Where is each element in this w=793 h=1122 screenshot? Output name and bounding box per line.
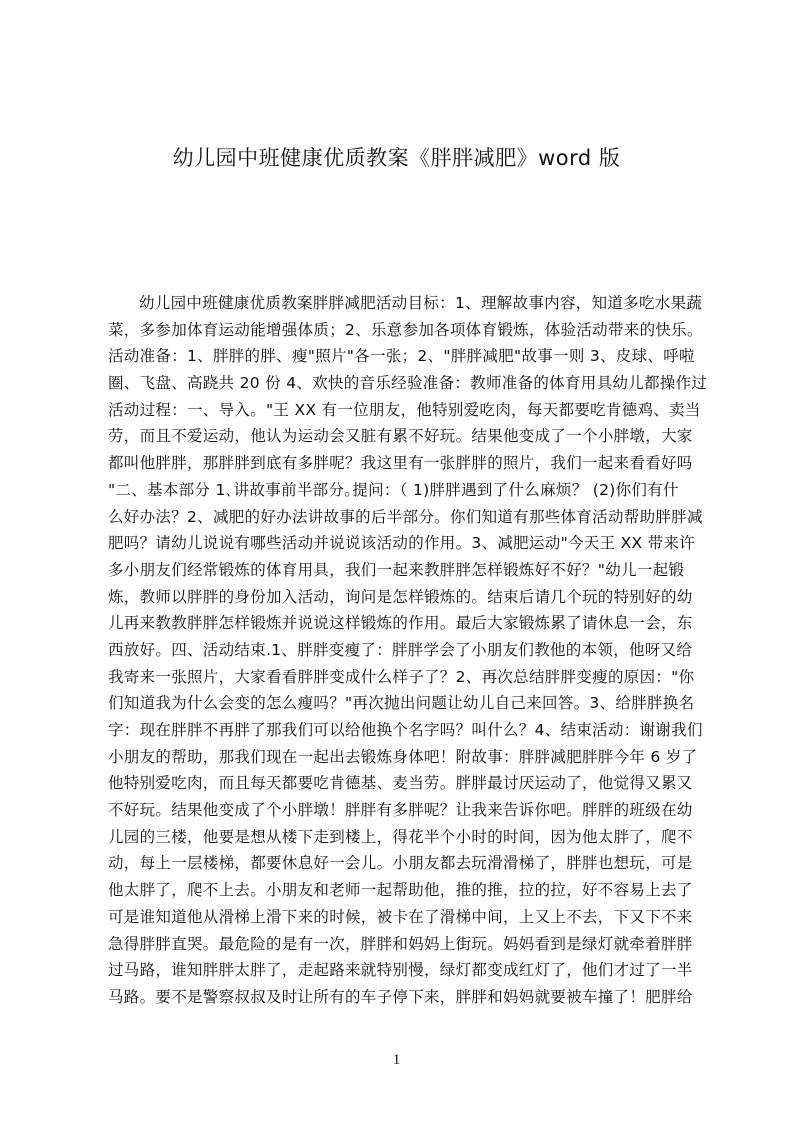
body-line: 马路。要不是警察叔叔及时让所有的车子停下来，胖胖和妈妈就要被车撞了！肥胖给 — [108, 984, 726, 1011]
body-line: 多小朋友们经常锻炼的体育用具，我们一起来教胖胖怎样锻炼好不好？"幼儿一起锻 — [108, 557, 726, 584]
body-line: 幼儿园中班健康优质教案胖胖减肥活动目标：1、理解故事内容，知道多吃水果蔬 — [108, 290, 726, 317]
document-body: 幼儿园中班健康优质教案胖胖减肥活动目标：1、理解故事内容，知道多吃水果蔬 菜，多… — [108, 290, 726, 1011]
body-line: 他特别爱吃肉，而且每天都要吃肯德基、麦当劳。胖胖最讨厌运动了，他觉得又累又 — [108, 770, 726, 797]
body-line: 们知道我为什么会变的怎么瘦吗？"再次抛出问题让幼儿自己来回答。3、给胖胖换名 — [108, 690, 726, 717]
body-line: 西放好。四、活动结束.1、胖胖变瘦了：胖胖学会了小朋友们教他的本领，他呀又给 — [108, 637, 726, 664]
body-line: 儿再来教教胖胖怎样锻炼并说说这样锻炼的作用。最后大家锻炼累了请休息一会，东 — [108, 610, 726, 637]
body-line: 过马路，谁知胖胖太胖了，走起路来就特别慢，绿灯都变成红灯了，他们才过了一半 — [108, 957, 726, 984]
body-line: 活动过程：一、导入。"王 XX 有一位朋友，他特别爱吃肉，每天都要吃肯德鸡、卖当 — [108, 397, 726, 424]
page-number: 1 — [0, 1052, 793, 1069]
body-line: 肥吗？请幼儿说说有哪些活动并说说该活动的作用。3、减肥运动"今天王 XX 带来许 — [108, 530, 726, 557]
body-line: 儿园的三楼，他要是想从楼下走到楼上，得花半个小时的时间，因为他太胖了，爬不 — [108, 824, 726, 851]
body-line: 圈、飞盘、高跷共 20 份 4、欢快的音乐经验准备：教师准备的体育用具幼儿都操作… — [108, 370, 726, 397]
body-line: 不好玩。结果他变成了个小胖墩！胖胖有多胖呢？让我来告诉你吧。胖胖的班级在幼 — [108, 797, 726, 824]
body-line: 急得胖胖直哭。最危险的是有一次，胖胖和妈妈上街玩。妈妈看到是绿灯就牵着胖胖 — [108, 931, 726, 958]
body-line: 菜，多参加体育运动能增强体质；2、乐意参加各项体育锻炼，体验活动带来的快乐。 — [108, 317, 726, 344]
document-page: 幼儿园中班健康优质教案《胖胖减肥》word 版 幼儿园中班健康优质教案胖胖减肥活… — [0, 0, 793, 1122]
body-line: 可是谁知道他从滑梯上滑下来的时候，被卡在了滑梯中间，上又上不去，下又下不来 — [108, 904, 726, 931]
body-line: 炼，教师以胖胖的身份加入活动，询问是怎样锻炼的。结束后请几个玩的特别好的幼 — [108, 584, 726, 611]
body-line: 劳，而且不爱运动，他认为运动会又脏有累不好玩。结果他变成了一个小胖墩，大家 — [108, 423, 726, 450]
body-line: 么好办法？2、减肥的好办法讲故事的后半部分。你们知道有那些体育活动帮助胖胖减 — [108, 504, 726, 531]
document-title: 幼儿园中班健康优质教案《胖胖减肥》word 版 — [0, 140, 793, 176]
body-line: 都叫他胖胖，那胖胖到底有多胖呢？我这里有一张胖胖的照片，我们一起来看看好吗 — [108, 450, 726, 477]
body-line: 活动准备：1、胖胖的胖、瘦"照片"各一张；2、"胖胖减肥"故事一则 3、皮球、呼… — [108, 343, 726, 370]
body-line: 字：现在胖胖不再胖了那我们可以给他换个名字吗？叫什么？4、结束活动：谢谢我们 — [108, 717, 726, 744]
body-line: 小朋友的帮助，那我们现在一起出去锻炼身体吧！附故事：胖胖减肥胖胖今年 6 岁了 — [108, 744, 726, 771]
body-line: 我寄来一张照片，大家看看胖胖变成什么样子了？2、再次总结胖胖变瘦的原因："你 — [108, 664, 726, 691]
body-line: 他太胖了，爬不上去。小朋友和老师一起帮助他，推的推，拉的拉，好不容易上去了 — [108, 877, 726, 904]
body-line: "二、基本部分 1､讲故事前半部分｡提问：（ 1)胖胖遇到了什么麻烦？ (2)你… — [108, 477, 726, 504]
body-line: 动，每上一层楼梯，都要休息好一会儿。小朋友都去玩滑滑梯了，胖胖也想玩，可是 — [108, 850, 726, 877]
